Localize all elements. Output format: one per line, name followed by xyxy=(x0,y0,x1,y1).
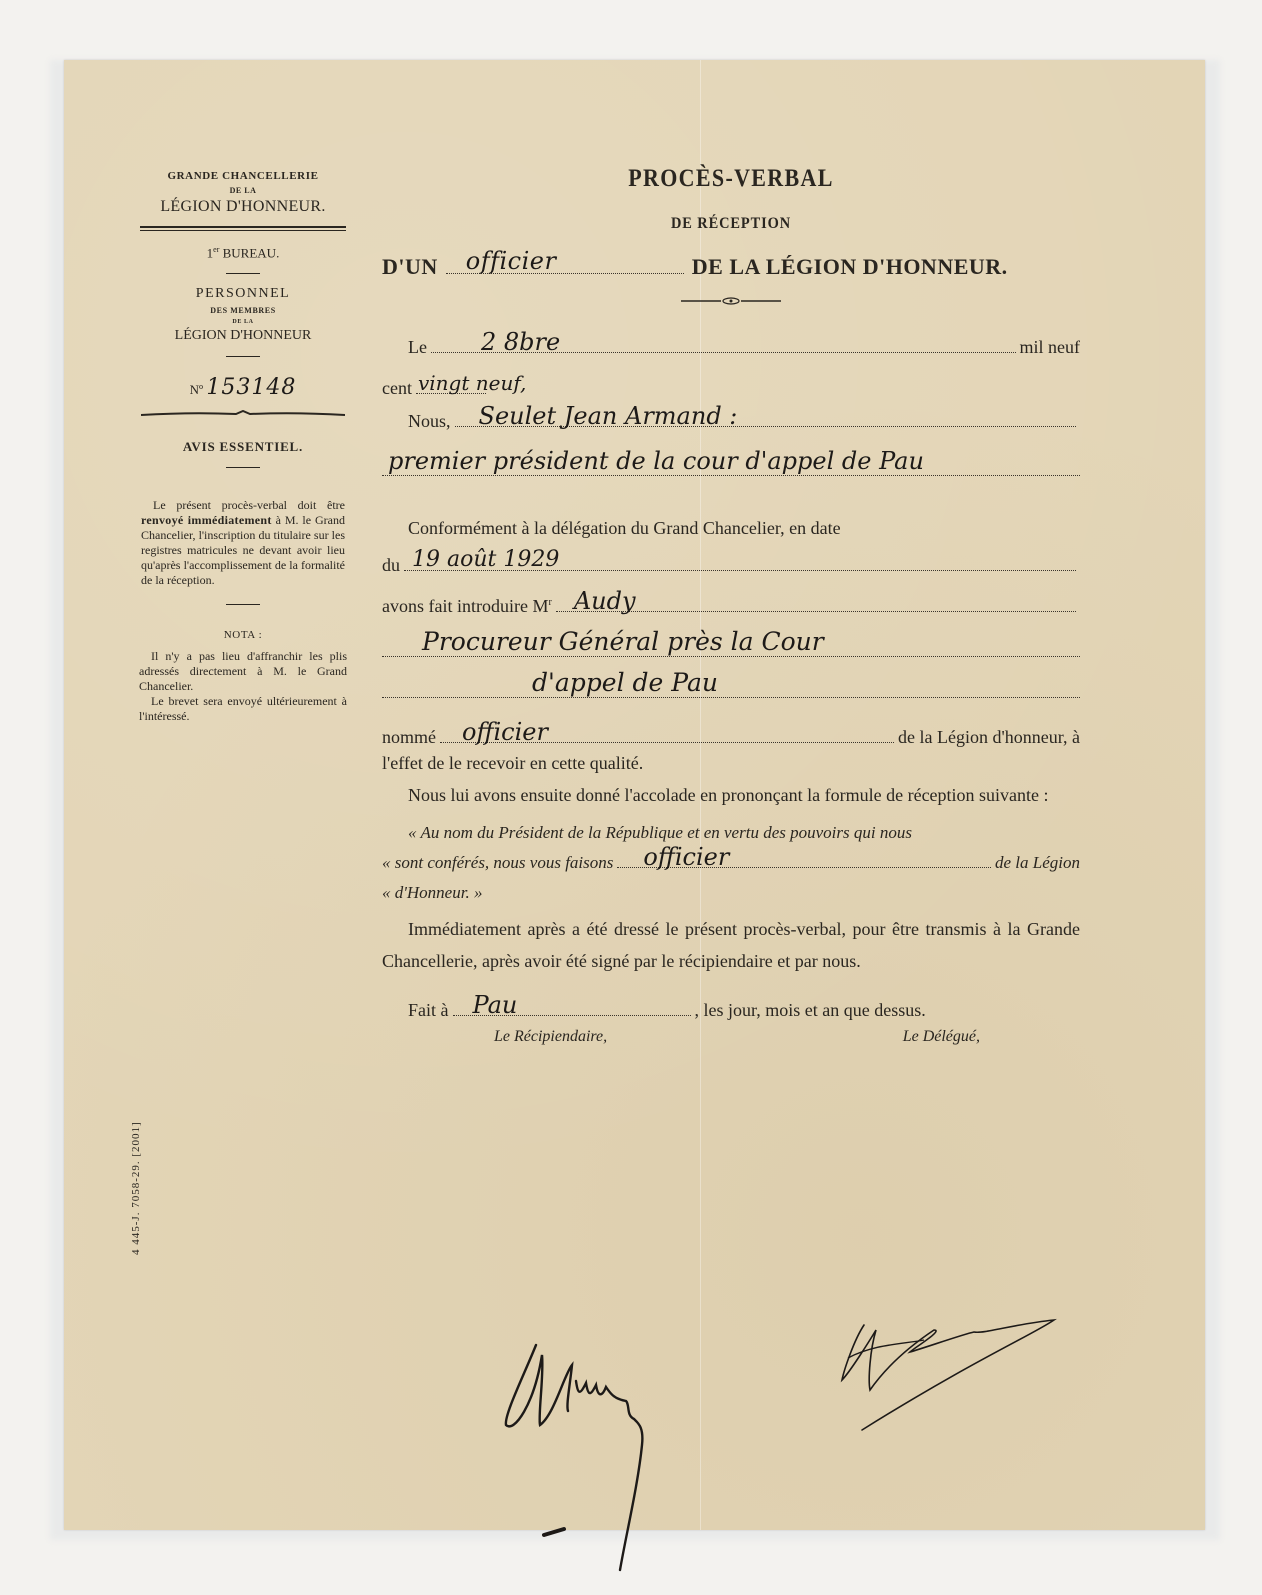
number-value: 153148 xyxy=(206,375,296,400)
avis-essentiel-heading: AVIS ESSENTIEL. xyxy=(139,439,347,455)
recipient-title-line2-handwritten: d'appel de Pau xyxy=(532,668,718,697)
short-rule xyxy=(226,273,260,274)
formule-line-1: « Au nom du Président de la République e… xyxy=(382,817,1080,849)
delegate-name-handwritten: Seulet Jean Armand : xyxy=(479,406,738,426)
delegation-date-line: du 19 août 1929 xyxy=(382,552,1080,575)
signature-labels: Le Récipiendaire, Le Délégué, xyxy=(382,1028,1080,1046)
delegate-line: Nous, Seulet Jean Armand : xyxy=(382,408,1080,431)
number-label: Nº xyxy=(190,382,203,397)
accolade-text: Nous lui avons ensuite donné l'accolade … xyxy=(382,779,1080,811)
date-handwritten: 2 8bre xyxy=(481,332,560,352)
document-page: GRANDE CHANCELLERIE DE LA LÉGION D'HONNE… xyxy=(64,60,1205,1530)
place-handwritten: Pau xyxy=(473,995,518,1015)
short-rule xyxy=(226,356,260,357)
formule-line-3: « d'Honneur. » xyxy=(382,877,1080,909)
nota-heading: NOTA : xyxy=(139,629,347,641)
du-label: du xyxy=(382,555,400,575)
document-subtitle: DE RÉCEPTION xyxy=(417,215,1045,233)
recipient-name-handwritten: Audy xyxy=(574,591,636,611)
nomme-suffix: de la Légion d'honneur, à xyxy=(898,727,1080,747)
personnel-heading: PERSONNEL xyxy=(139,286,347,302)
nota-text-2: Le brevet sera envoyé ultérieurement à l… xyxy=(139,694,347,724)
double-rule-divider xyxy=(140,226,346,231)
nous-label: Nous, xyxy=(408,411,451,431)
registry-number: Nº 153148 xyxy=(139,375,347,400)
year-handwritten: vingt neuf, xyxy=(418,373,526,393)
nota-text-1: Il n'y a pas lieu d'affranchir les plis … xyxy=(139,649,347,694)
effet-text: l'effet de le recevoir en cette qualité. xyxy=(382,747,1080,779)
place-field: Pau xyxy=(453,997,691,1016)
personnel-subheading: DES MEMBRES xyxy=(139,306,347,315)
header-grande-chancellerie: GRANDE CHANCELLERIE xyxy=(139,170,347,182)
nomme-line: nommé officier de la Légion d'honneur, à xyxy=(382,724,1080,747)
formule-prefix: « sont conférés, nous vous faisons xyxy=(382,853,613,873)
delegate-title-field: premier président de la cour d'appel de … xyxy=(382,449,1080,476)
wave-rule-divider xyxy=(141,410,345,418)
fait-label: Fait à xyxy=(408,1000,449,1020)
rank-field: officier xyxy=(446,253,684,274)
recipient-title-field-1: Procureur Général près la Cour xyxy=(382,626,1080,657)
avis-text: Le présent procès-verbal doit être renvo… xyxy=(139,498,347,588)
recipient-signature xyxy=(494,1315,694,1575)
nomme-rank-field: officier xyxy=(440,724,894,743)
rank-heading-line: D'UN officier DE LA LÉGION D'HONNEUR. xyxy=(382,253,1080,280)
formule-suffix: de la Légion xyxy=(995,853,1080,873)
header-de-la: DE LA xyxy=(139,186,347,195)
year-line: cent vingt neuf, xyxy=(382,375,1080,398)
le-label: Le xyxy=(408,337,427,357)
dela-label: DE LA LÉGION D'HONNEUR. xyxy=(692,254,1008,280)
short-rule xyxy=(226,604,260,605)
recipiendaire-label: Le Récipiendaire, xyxy=(494,1028,607,1046)
avons-label: avons fait introduire Mr xyxy=(382,593,552,616)
date-line: Le 2 8bre mil neuf xyxy=(382,334,1080,357)
dun-label: D'UN xyxy=(382,254,438,280)
delegue-label: Le Délégué, xyxy=(903,1028,980,1046)
date-field: 2 8bre xyxy=(431,334,1016,353)
short-rule xyxy=(226,467,260,468)
mil-neuf-label: mil neuf xyxy=(1020,337,1081,357)
delegation-date-field: 19 août 1929 xyxy=(404,552,1076,571)
nomme-label: nommé xyxy=(382,727,436,747)
recipient-title-line1-handwritten: Procureur Général près la Cour xyxy=(422,627,824,656)
delegation-date-handwritten: 19 août 1929 xyxy=(412,550,559,570)
recipient-title-field-2: d'appel de Pau xyxy=(382,667,1080,698)
immediat-text: Immédiatement après a été dressé le prés… xyxy=(382,913,1080,977)
bureau-label: 1er BUREAU. xyxy=(139,245,347,261)
main-form: PROCÈS-VERBAL DE RÉCEPTION D'UN officier… xyxy=(382,165,1080,1046)
print-code: 4 445-J. 7058-29. [2001] xyxy=(130,1121,142,1255)
delegate-signature xyxy=(814,1300,1114,1440)
header-legion: LÉGION D'HONNEUR. xyxy=(139,198,347,216)
recipient-name-field: Audy xyxy=(556,593,1076,612)
nomme-rank-handwritten: officier xyxy=(462,722,548,742)
left-column: GRANDE CHANCELLERIE DE LA LÉGION D'HONNE… xyxy=(139,170,347,724)
place-line: Fait à Pau , les jour, mois et an que de… xyxy=(382,997,1080,1020)
delegate-name-field: Seulet Jean Armand : xyxy=(455,408,1076,427)
delegate-title-handwritten: premier président de la cour d'appel de … xyxy=(388,447,924,475)
year-field: vingt neuf, xyxy=(416,375,486,394)
formule-rank-field: officier xyxy=(617,849,991,868)
personnel-de-la: DE LA xyxy=(139,319,347,325)
ornament-divider xyxy=(681,296,781,306)
rank-handwritten: officier xyxy=(466,247,557,275)
cent-label: cent xyxy=(382,378,412,398)
formule-line-2: « sont conférés, nous vous faisons offic… xyxy=(382,849,1080,873)
document-title: PROCÈS-VERBAL xyxy=(424,165,1038,193)
recipient-line: avons fait introduire Mr Audy xyxy=(382,593,1080,616)
conform-text: Conformément à la délégation du Grand Ch… xyxy=(382,512,1080,544)
formule-rank-handwritten: officier xyxy=(643,847,729,867)
personnel-legion: LÉGION D'HONNEUR xyxy=(139,328,347,344)
fait-suffix: , les jour, mois et an que dessus. xyxy=(695,1000,926,1020)
